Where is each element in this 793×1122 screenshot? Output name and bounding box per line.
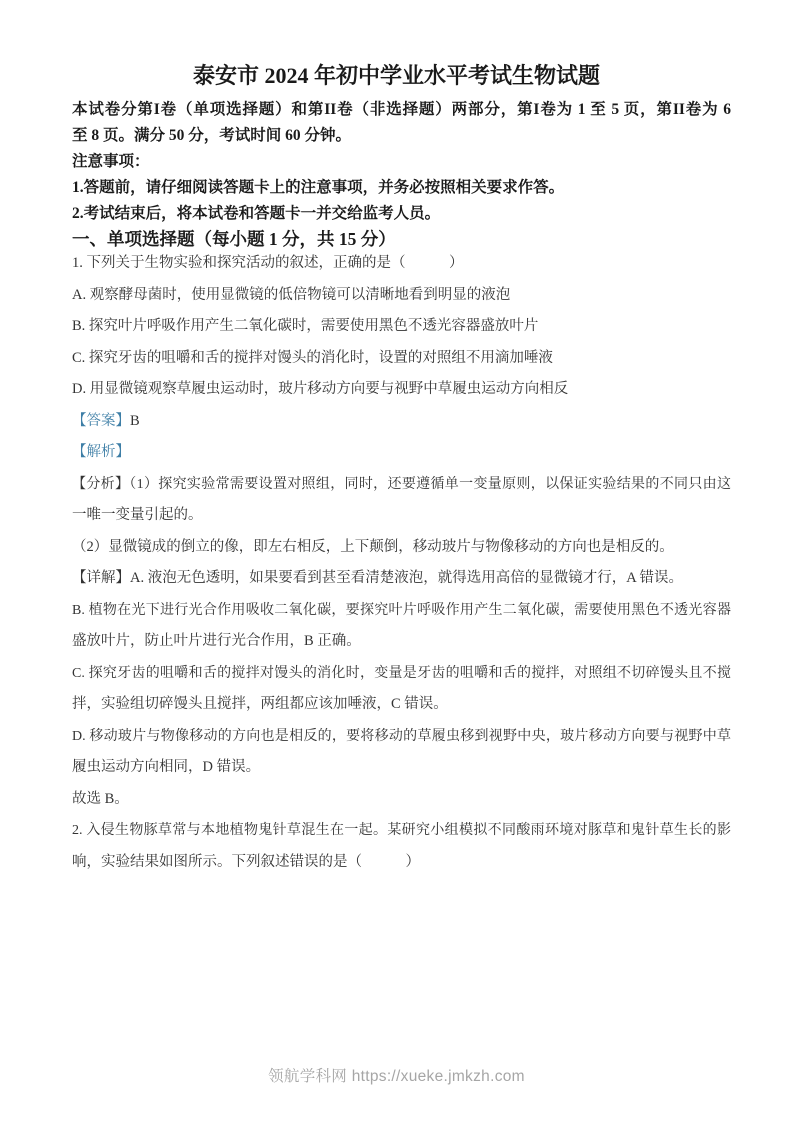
detail-line-b2: 盛放叶片，防止叶片进行光合作用，B 正确。 [72, 626, 731, 658]
detail-line-d2: 履虫运动方向相同，D 错误。 [72, 752, 731, 784]
detail-line-a: 【详解】A. 液泡无色透明，如果要看到甚至看清楚液泡，就得选用高倍的显微镜才行，… [72, 563, 731, 595]
analysis-line-2: 一唯一变量引起的。 [72, 500, 731, 532]
notice-item-2: 2.考试结束后，将本试卷和答题卡一并交给监考人员。 [72, 201, 731, 227]
question-2-line-2: 响，实验结果如图所示。下列叙述错误的是（ ） [72, 847, 731, 879]
answer-line-part-1: B [130, 413, 140, 429]
document-page: { "document": { "title": "泰安市 2024 年初中学业… [0, 0, 793, 1122]
answer-line: 【答案】B [72, 406, 731, 438]
question-and-answer-block: 1. 下列关于生物实验和探究活动的叙述，正确的是（ ）A. 观察酵母菌时，使用显… [72, 248, 731, 878]
detail-line-b1: B. 植物在光下进行光合作用吸收二氧化碳，要探究叶片呼吸作用产生二氧化碳，需要使… [72, 595, 731, 627]
question-1-option-a: A. 观察酵母菌时，使用显微镜的低倍物镜可以清晰地看到明显的液泡 [72, 280, 731, 312]
detail-line-c2: 拌，实验组切碎馒头且搅拌，两组都应该加唾液，C 错误。 [72, 689, 731, 721]
watermark: 领航学科网 https://xueke.jmkzh.com [0, 1066, 793, 1088]
question-1-option-b: B. 探究叶片呼吸作用产生二氧化碳时，需要使用黑色不透光容器盛放叶片 [72, 311, 731, 343]
question-2-line-1: 2. 入侵生物豚草常与本地植物鬼针草混生在一起。某研究小组模拟不同酸雨环境对豚草… [72, 815, 731, 847]
page-title: 泰安市 2024 年初中学业水平考试生物试题 [0, 58, 793, 94]
intro-line-2: 至 8 页。满分 50 分，考试时间 60 分钟。 [72, 123, 731, 149]
analysis-line-1: 【分析】（1）探究实验常需要设置对照组，同时，还要遵循单一变量原则，以保证实验结… [72, 469, 731, 501]
exam-instructions-block: 本试卷分第I卷（单项选择题）和第II卷（非选择题）两部分，第I卷为 1 至 5 … [72, 97, 731, 227]
question-1-option-d: D. 用显微镜观察草履虫运动时，玻片移动方向要与视野中草履虫运动方向相反 [72, 374, 731, 406]
conclusion-line: 故选 B。 [72, 784, 731, 816]
intro-line-1: 本试卷分第I卷（单项选择题）和第II卷（非选择题）两部分，第I卷为 1 至 5 … [72, 97, 731, 123]
jiexi-label-line: 【解析】 [72, 437, 731, 469]
question-1-option-c: C. 探究牙齿的咀嚼和舌的搅拌对馒头的消化时，设置的对照组不用滴加唾液 [72, 343, 731, 375]
detail-line-c1: C. 探究牙齿的咀嚼和舌的搅拌对馒头的消化时，变量是牙齿的咀嚼和舌的搅拌，对照组… [72, 658, 731, 690]
analysis-line-3: （2）显微镜成的倒立的像，即左右相反，上下颠倒，移动玻片与物像移动的方向也是相反… [72, 532, 731, 564]
jiexi-label-line-part-0: 【解析】 [72, 444, 130, 460]
question-1-stem: 1. 下列关于生物实验和探究活动的叙述，正确的是（ ） [72, 248, 731, 280]
notice-heading: 注意事项： [72, 149, 731, 175]
detail-line-d1: D. 移动玻片与物像移动的方向也是相反的，要将移动的草履虫移到视野中央，玻片移动… [72, 721, 731, 753]
notice-item-1: 1.答题前，请仔细阅读答题卡上的注意事项，并务必按照相关要求作答。 [72, 175, 731, 201]
answer-line-part-0: 【答案】 [72, 413, 130, 429]
